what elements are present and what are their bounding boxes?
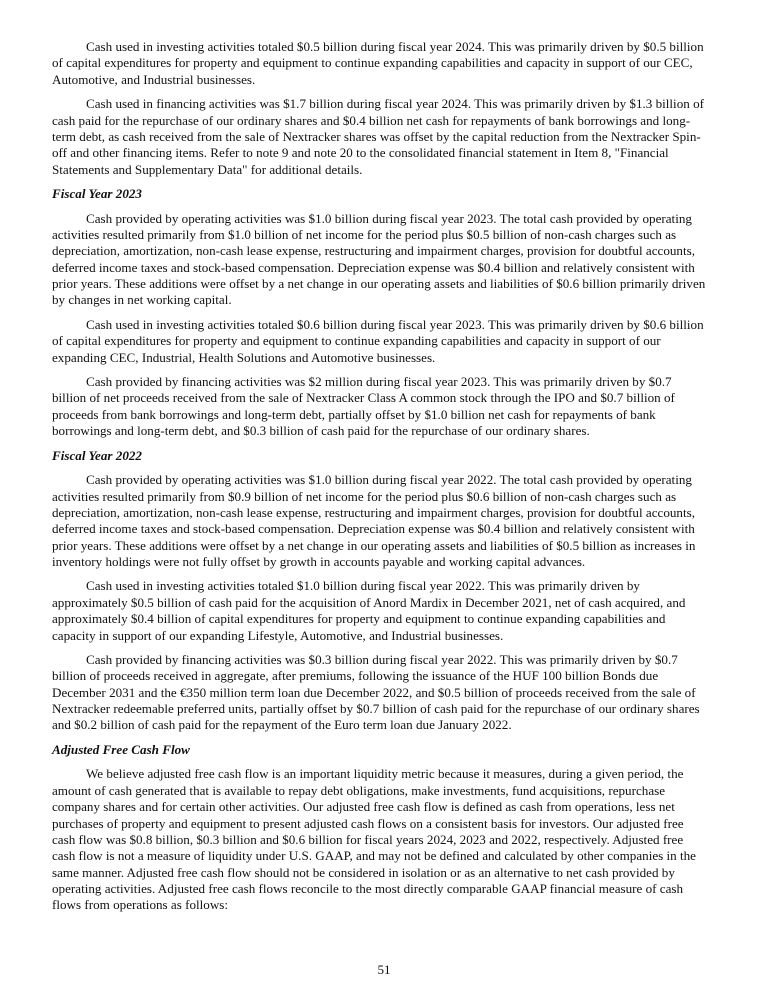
document-page: Cash used in investing activities totale… xyxy=(52,39,708,922)
paragraph-investing-2023: Cash used in investing activities totale… xyxy=(52,317,708,366)
paragraph-financing-2023: Cash provided by financing activities wa… xyxy=(52,374,708,439)
heading-adjusted-free-cash-flow: Adjusted Free Cash Flow xyxy=(52,742,708,758)
paragraph-operating-2023: Cash provided by operating activities wa… xyxy=(52,211,708,309)
paragraph-investing-2024: Cash used in investing activities totale… xyxy=(52,39,708,88)
paragraph-financing-2022: Cash provided by financing activities wa… xyxy=(52,652,708,734)
paragraph-financing-2024: Cash used in financing activities was $1… xyxy=(52,96,708,178)
heading-fiscal-year-2023: Fiscal Year 2023 xyxy=(52,186,708,202)
paragraph-adjusted-free-cash-flow: We believe adjusted free cash flow is an… xyxy=(52,766,708,913)
paragraph-operating-2022: Cash provided by operating activities wa… xyxy=(52,472,708,570)
paragraph-investing-2022: Cash used in investing activities totale… xyxy=(52,578,708,643)
heading-fiscal-year-2022: Fiscal Year 2022 xyxy=(52,448,708,464)
page-number: 51 xyxy=(0,962,768,978)
